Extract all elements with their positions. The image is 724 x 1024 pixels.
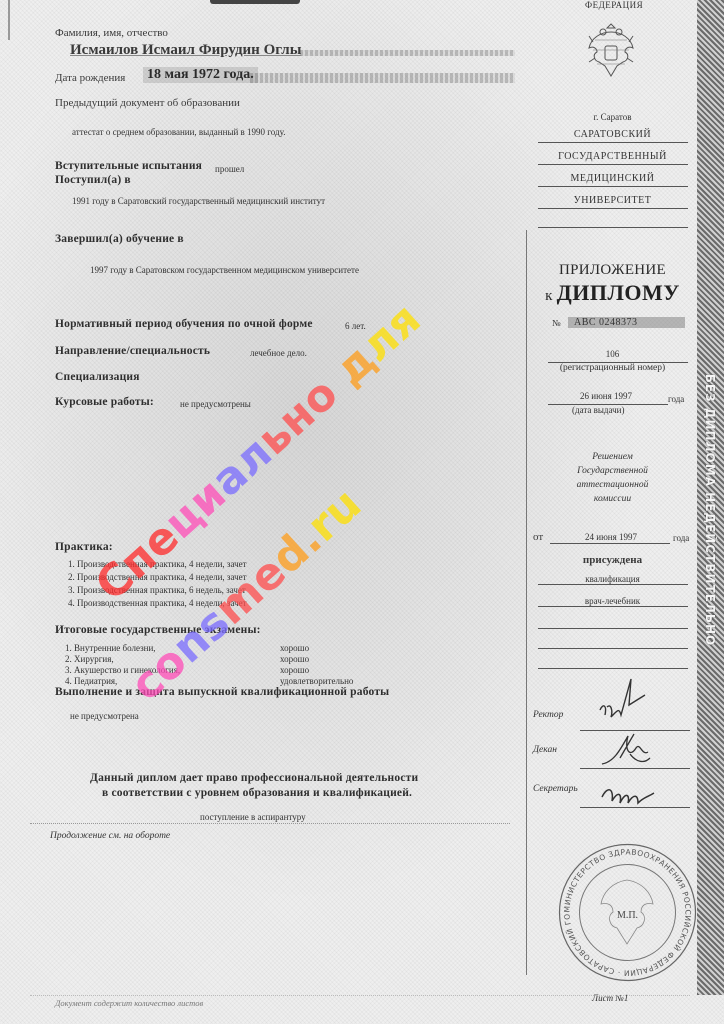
- scan-left-mark: [8, 0, 10, 40]
- secretary-signature-icon: [598, 775, 658, 810]
- specialty-label: Направление/специальность: [55, 345, 210, 357]
- decision-text-line: комиссии: [530, 494, 695, 504]
- decision-year-word: года: [673, 533, 689, 543]
- university-name-line: МЕДИЦИНСКИЙ: [530, 173, 695, 184]
- prev-doc-label: Предыдущий документ об образовании: [55, 97, 240, 109]
- decision-text-line: Решением: [530, 452, 695, 462]
- rector-signature-icon: [595, 675, 655, 730]
- number-sign: №: [552, 318, 561, 328]
- prev-doc-value: аттестат о среднем образовании, выданный…: [72, 127, 285, 137]
- appendix-title-line2: к ДИПЛОМУ: [530, 280, 695, 306]
- issue-date: 26 июня 1997: [580, 391, 632, 401]
- exam-grade: хорошо: [280, 665, 309, 675]
- rights-underline: [30, 823, 510, 824]
- coursework-label: Курсовые работы:: [55, 396, 154, 408]
- coursework-value: не предусмотрены: [180, 399, 251, 409]
- sheets-count-label: Документ содержит количество листов: [55, 998, 203, 1008]
- federation-text: ФЕДЕРАЦИЯ: [585, 0, 643, 10]
- exam-subject: 3. Акушерство и гинекология,: [65, 665, 180, 675]
- dob-label: Дата рождения: [55, 72, 125, 84]
- decision-date: 24 июня 1997: [585, 532, 637, 542]
- exam-grade: хорошо: [280, 643, 309, 653]
- decision-text-line: аттестационной: [530, 480, 695, 490]
- university-underline: [538, 208, 688, 209]
- decision-text-line: Государственной: [530, 466, 695, 476]
- appendix-title-diploma: ДИПЛОМУ: [557, 280, 680, 305]
- exam-subject: 1. Внутренние болезни,: [65, 643, 156, 653]
- side-strip-text: БЕЗ ДИПЛОМА НЕДЕЙСТВИТЕЛЬНО: [697, 300, 724, 720]
- reg-number: 106: [530, 349, 695, 359]
- practice-item: 2. Производственная практика, 4 недели, …: [68, 572, 247, 582]
- svg-text:М.П.: М.П.: [617, 910, 638, 921]
- period-label: Нормативный период обучения по очной фор…: [55, 318, 313, 330]
- university-underline: [538, 164, 688, 165]
- coat-of-arms-icon: [583, 18, 639, 80]
- dob-band: [250, 73, 515, 83]
- exam-subject: 2. Хирургия,: [65, 654, 114, 664]
- diploma-appendix-page: Фамилия, имя, отчество Исмаилов Исмаил Ф…: [0, 0, 724, 1024]
- thesis-value: не предусмотрена: [70, 711, 139, 721]
- awarded-text: присуждена: [530, 554, 695, 566]
- rights-value: поступление в аспирантуру: [200, 812, 306, 822]
- appendix-title-prefix: к: [545, 288, 553, 304]
- exam-grade: удовлетворительно: [280, 676, 353, 686]
- entrance-value: прошел: [215, 164, 244, 174]
- exams-label: Итоговые государственные экзамены:: [55, 624, 261, 636]
- fio-underline: [300, 50, 515, 56]
- rector-label: Ректор: [533, 710, 563, 720]
- university-seal-icon: МИНИСТЕРСТВО ЗДРАВООХРАНЕНИЯ РОССИЙСКОЙ …: [555, 840, 700, 985]
- university-name-line: ГОСУДАРСТВЕННЫЙ: [530, 151, 695, 162]
- continuation-note: Продолжение см. на обороте: [50, 831, 170, 841]
- blank-line-1: [538, 628, 688, 629]
- qualification-line: [538, 584, 688, 585]
- thesis-label: Выполнение и защита выпускной квалификац…: [55, 686, 389, 698]
- entrance-label: Вступительные испытания: [55, 160, 202, 172]
- appendix-title-line1: ПРИЛОЖЕНИЕ: [530, 262, 695, 279]
- exam-grade: хорошо: [280, 654, 309, 664]
- blank-line-2: [538, 648, 688, 649]
- practice-item: 4. Производственная практика, 4 недели, …: [68, 598, 247, 608]
- enrolled-value: 1991 году в Саратовский государственный …: [72, 196, 325, 206]
- specialty-value: лечебное дело.: [250, 348, 307, 358]
- divider-line: [538, 227, 688, 228]
- university-underline: [538, 186, 688, 187]
- issue-caption: (дата выдачи): [572, 405, 624, 415]
- fio-value: Исмаилов Исмаил Фирудин Оглы: [70, 42, 301, 59]
- specialization-label: Специализация: [55, 371, 140, 383]
- practice-label: Практика:: [55, 541, 113, 553]
- rights-line2: в соответствии с уровнем образования и к…: [102, 787, 412, 799]
- reg-caption: (регистрационный номер): [530, 363, 695, 373]
- footer-divider: [30, 995, 690, 996]
- university-name-line: УНИВЕРСИТЕТ: [530, 195, 695, 206]
- practice-item: 1. Производственная практика, 4 недели, …: [68, 559, 247, 569]
- rights-line1: Данный диплом дает право профессионально…: [90, 772, 418, 784]
- dob-value: 18 мая 1972 года.: [143, 67, 258, 83]
- finished-label: Завершил(а) обучение в: [55, 233, 184, 245]
- university-name-line: САРАТОВСКИЙ: [530, 129, 695, 140]
- blank-line-3: [538, 668, 688, 669]
- university-underline: [538, 142, 688, 143]
- qualification-label: квалификация: [530, 574, 695, 584]
- from-word: от: [533, 531, 543, 543]
- decision-date-line: [550, 543, 670, 544]
- city-text: г. Саратов: [530, 112, 695, 122]
- exam-subject: 4. Педиатрия,: [65, 676, 117, 686]
- practice-item: 3. Производственная практика, 6 недель, …: [68, 585, 246, 595]
- dean-label: Декан: [533, 745, 557, 755]
- issue-year-word: года: [668, 394, 684, 404]
- panel-divider: [526, 230, 527, 975]
- dean-signature-icon: [600, 728, 660, 773]
- secretary-label: Секретарь: [533, 784, 578, 794]
- fio-label: Фамилия, имя, отчество: [55, 27, 168, 39]
- period-value: 6 лет.: [345, 321, 366, 331]
- qualification-value-line: [538, 606, 688, 607]
- enrolled-label: Поступил(а) в: [55, 174, 131, 186]
- diploma-number: АВС 0248373: [568, 317, 685, 328]
- scan-top-mark: [210, 0, 300, 4]
- qualification-value: врач-лечебник: [530, 596, 695, 606]
- finished-value: 1997 году в Саратовском государственном …: [90, 265, 359, 275]
